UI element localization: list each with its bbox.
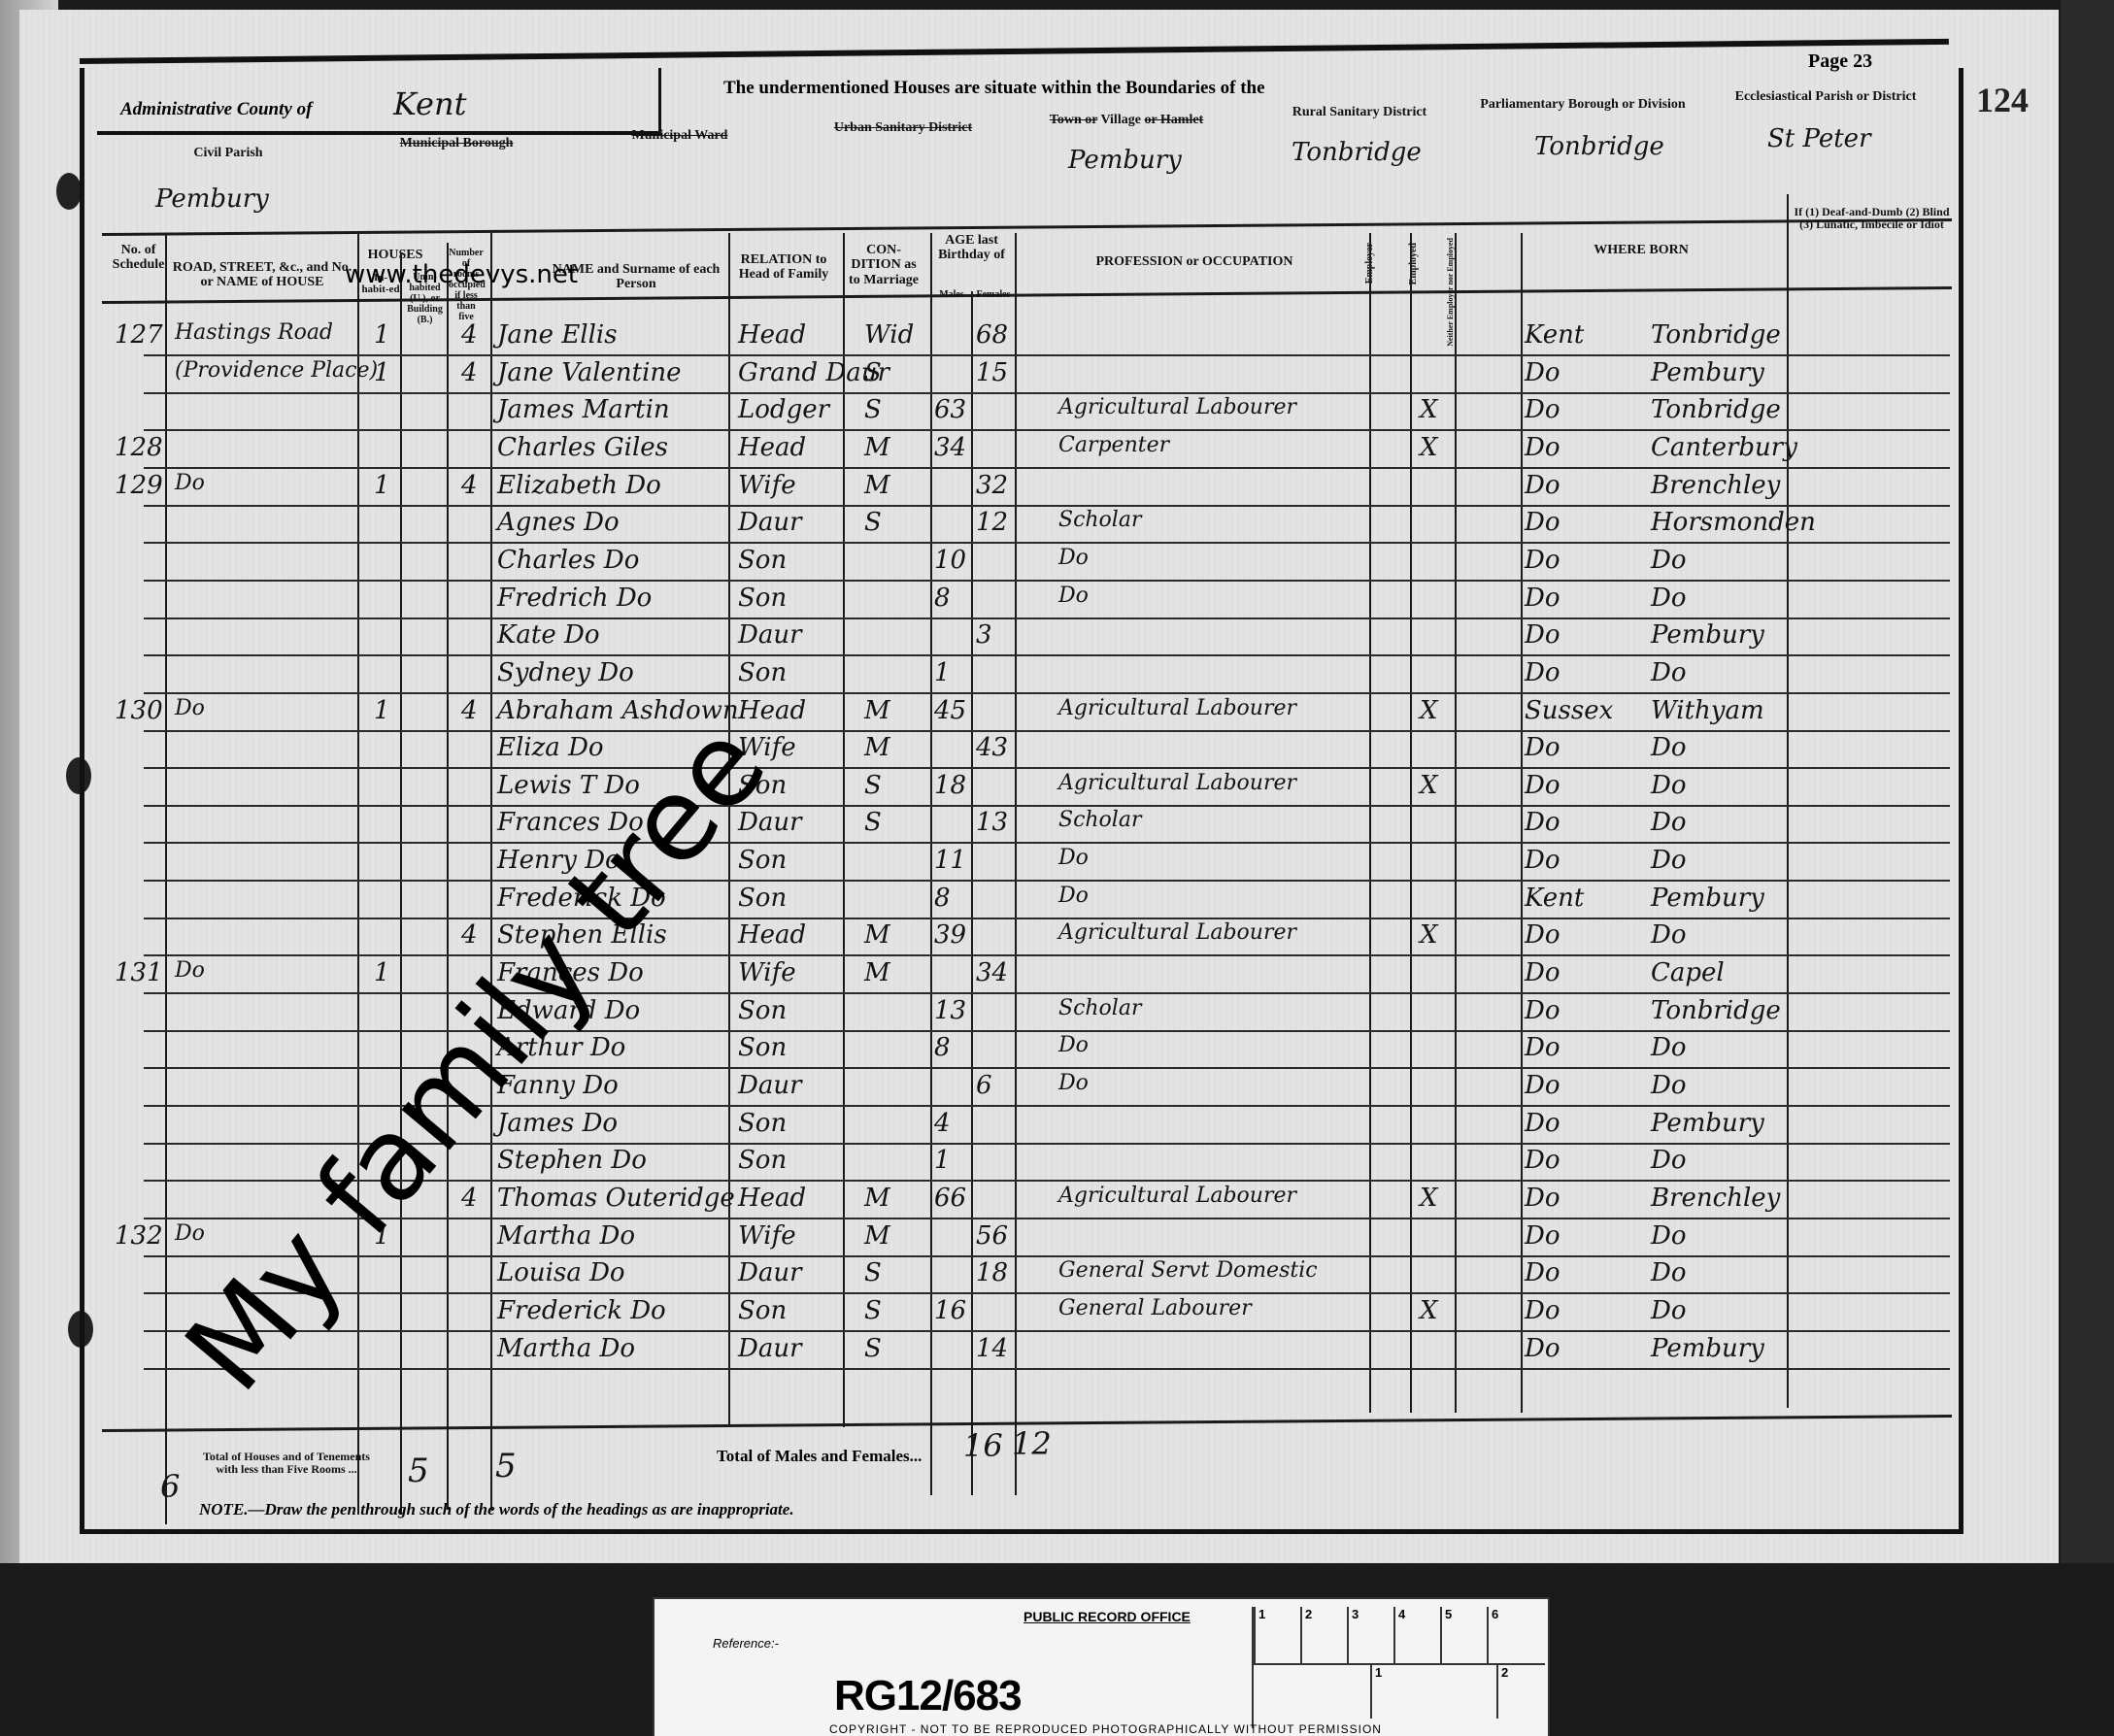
divider	[843, 233, 845, 1427]
scan-right-margin	[2061, 0, 2114, 1563]
cell-age-male: 11	[934, 846, 966, 875]
scale-tick-lower: 2	[1496, 1665, 1508, 1719]
scale-tick: 4	[1393, 1607, 1405, 1663]
field-value-rural-sanitary: Tonbridge	[1292, 138, 1422, 167]
field-value-parliamentary: Tonbridge	[1534, 132, 1664, 161]
cell-age-female: 56	[976, 1221, 1008, 1251]
scale-tick: 5	[1440, 1607, 1452, 1663]
cell-inhabited: 1	[374, 320, 390, 350]
cell-road: Do	[175, 958, 205, 983]
cell-age-male: 8	[934, 1033, 951, 1062]
cell-age-male: 16	[934, 1296, 966, 1325]
cell-relation: Son	[738, 658, 787, 687]
cell-born-place: Pembury	[1651, 1334, 1764, 1363]
cell-born-place: Capel	[1651, 958, 1725, 987]
cell-born-county: Do	[1525, 1109, 1560, 1138]
cell-born-place: Do	[1651, 1296, 1687, 1325]
cell-name: Martha Do	[497, 1221, 635, 1251]
cell-age-male: 8	[934, 884, 951, 913]
cell-born-place: Do	[1651, 733, 1687, 762]
cell-age-female: 12	[976, 508, 1008, 537]
cell-name: Agnes Do	[497, 508, 620, 537]
cell-schedule: 129	[115, 471, 163, 500]
cell-born-place: Pembury	[1651, 884, 1764, 913]
cell-schedule: 130	[115, 696, 163, 725]
cell-employed: X	[1420, 771, 1438, 800]
cell-born-county: Do	[1525, 395, 1560, 424]
cell-rooms: 4	[461, 358, 478, 387]
scale-tick: 6	[1487, 1607, 1498, 1663]
cell-name: Kate Do	[497, 620, 600, 650]
row-rule	[144, 429, 1950, 431]
divider	[1369, 233, 1371, 1413]
cell-born-county: Do	[1525, 471, 1560, 500]
cell-condition: S	[864, 1334, 882, 1363]
divider	[1410, 233, 1412, 1413]
col-condition-heading: CON-DITION as to Marriage	[845, 243, 923, 287]
cell-road: Hastings Road	[175, 320, 333, 345]
field-label-ecclesiastical: Ecclesiastical Parish or District	[1719, 89, 1932, 104]
field-label-civil-parish: Civil Parish	[146, 146, 311, 160]
cell-condition: M	[864, 1221, 890, 1251]
cell-relation: Son	[738, 1033, 787, 1062]
cell-age-male: 1	[934, 1146, 951, 1175]
scale-tick-lower: 1	[1370, 1665, 1382, 1719]
row-rule	[144, 692, 1950, 694]
cell-born-county: Do	[1525, 1146, 1560, 1175]
cell-occupation: Agricultural Labourer	[1058, 395, 1296, 419]
cell-relation: Wife	[738, 958, 796, 987]
cell-relation: Son	[738, 584, 787, 613]
cell-born-place: Tonbridge	[1651, 395, 1781, 424]
row-rule	[144, 992, 1950, 994]
cell-occupation: Scholar	[1058, 508, 1141, 532]
record-office-title: PUBLIC RECORD OFFICE	[1023, 1609, 1191, 1624]
cell-age-male: 45	[934, 696, 966, 725]
cell-occupation: General Servt Domestic	[1058, 1258, 1318, 1283]
cell-born-place: Do	[1651, 846, 1687, 875]
record-office-card: PUBLIC RECORD OFFICE Reference:- RG12/68…	[653, 1597, 1550, 1736]
cell-occupation: Do	[1058, 884, 1089, 908]
col-schedule-heading: No. of Schedule	[112, 243, 165, 273]
cell-relation: Son	[738, 846, 787, 875]
row-rule	[144, 1292, 1950, 1294]
cell-relation: Son	[738, 996, 787, 1025]
cell-road: (Providence Place)	[175, 358, 378, 383]
cell-born-county: Do	[1525, 1334, 1560, 1363]
divider	[1015, 233, 1017, 1495]
cell-occupation: Agricultural Labourer	[1058, 1184, 1296, 1208]
intro-text: The undermentioned Houses are situate wi…	[723, 78, 1265, 99]
cell-born-county: Do	[1525, 1033, 1560, 1062]
cell-born-county: Do	[1525, 584, 1560, 613]
binder-hole	[56, 173, 82, 210]
row-rule	[144, 880, 1950, 882]
cell-born-place: Tonbridge	[1651, 320, 1781, 350]
cell-relation: Head	[738, 320, 806, 350]
cell-name: Sydney Do	[497, 658, 634, 687]
sheet-number: 124	[1976, 80, 2029, 120]
cell-inhabited: 1	[374, 696, 390, 725]
cell-born-county: Do	[1525, 1296, 1560, 1325]
cell-condition: M	[864, 733, 890, 762]
col-neither-heading: Neither Employer nor Employed	[1447, 238, 1481, 347]
row-rule	[144, 467, 1950, 469]
cell-occupation: Agricultural Labourer	[1058, 920, 1296, 945]
total-schedules: 6	[160, 1468, 180, 1505]
county-box-edge	[658, 68, 661, 136]
row-rule	[144, 954, 1950, 956]
cell-born-place: Do	[1651, 1033, 1687, 1062]
field-value-town: Pembury	[1068, 146, 1182, 175]
cell-born-place: Do	[1651, 1071, 1687, 1100]
cell-born-county: Do	[1525, 358, 1560, 387]
divider	[400, 252, 402, 1515]
field-label-municipal-borough: Municipal Borough	[359, 136, 554, 150]
scale-tick: 3	[1347, 1607, 1359, 1663]
scale-tick: 1	[1254, 1607, 1265, 1663]
cell-name: Frederick Do	[497, 1296, 666, 1325]
cell-occupation: Do	[1058, 546, 1089, 570]
cell-condition: M	[864, 433, 890, 462]
cell-born-place: Horsmonden	[1651, 508, 1816, 537]
field-label-town: Town or Village or Hamlet	[1029, 113, 1224, 127]
cell-born-place: Do	[1651, 808, 1687, 837]
cell-name: Charles Giles	[497, 433, 668, 462]
cell-road: Do	[175, 696, 205, 720]
cell-condition: S	[864, 1296, 882, 1325]
cell-age-male: 39	[934, 920, 966, 950]
cell-relation: Daur	[738, 1334, 802, 1363]
cell-born-place: Tonbridge	[1651, 996, 1781, 1025]
row-rule	[144, 542, 1950, 544]
cell-inhabited: 1	[374, 358, 390, 387]
total-persons-label: Total of Males and Females...	[717, 1447, 922, 1466]
cell-employed: X	[1420, 1296, 1438, 1325]
cell-born-place: Brenchley	[1651, 471, 1780, 500]
divider	[1455, 233, 1457, 1413]
row-rule	[144, 1368, 1950, 1370]
cell-age-female: 3	[976, 620, 992, 650]
cell-name: Stephen Do	[497, 1146, 647, 1175]
cell-relation: Son	[738, 1146, 787, 1175]
measurement-scale: 1 2 3 4 5 6 1 2	[1252, 1607, 1545, 1728]
cell-born-county: Do	[1525, 846, 1560, 875]
row-rule	[144, 505, 1950, 507]
field-label-municipal-ward: Municipal Ward	[583, 128, 777, 143]
cell-rooms: 4	[461, 471, 478, 500]
cell-age-male: 63	[934, 395, 966, 424]
cell-name: James Martin	[497, 395, 670, 424]
divider	[357, 233, 359, 1515]
cell-name: Jane Ellis	[497, 320, 618, 350]
cell-age-female: 15	[976, 358, 1008, 387]
cell-schedule: 127	[115, 320, 163, 350]
cell-condition: M	[864, 471, 890, 500]
cell-born-place: Withyam	[1651, 696, 1764, 725]
divider	[1787, 194, 1789, 1408]
cell-born-county: Do	[1525, 771, 1560, 800]
cell-name: Charles Do	[497, 546, 639, 575]
total-tenements: 5	[495, 1447, 517, 1486]
cell-age-female: 34	[976, 958, 1008, 987]
cell-condition: S	[864, 508, 882, 537]
cell-born-place: Do	[1651, 1221, 1687, 1251]
col-infirmity-heading: If (1) Deaf-and-Dumb (2) Blind (3) Lunat…	[1792, 206, 1952, 231]
cell-born-county: Do	[1525, 958, 1560, 987]
admin-county-label: Administrative County of	[120, 99, 312, 120]
cell-relation: Son	[738, 1296, 787, 1325]
cell-born-place: Brenchley	[1651, 1184, 1780, 1213]
cell-rooms: 4	[461, 320, 478, 350]
row-rule	[144, 730, 1950, 732]
url-watermark: www.thedevys.net	[345, 260, 578, 289]
cell-condition: Wid	[864, 320, 914, 350]
cell-born-place: Canterbury	[1651, 433, 1797, 462]
cell-relation: Son	[738, 1109, 787, 1138]
copyright-notice: COPYRIGHT - NOT TO BE REPRODUCED PHOTOGR…	[829, 1722, 1382, 1736]
field-label-parliamentary: Parliamentary Borough or Division	[1476, 97, 1690, 112]
cell-age-male: 66	[934, 1184, 966, 1213]
row-rule	[144, 842, 1950, 844]
cell-age-female: 13	[976, 808, 1008, 837]
cell-condition: S	[864, 771, 882, 800]
cell-employed: X	[1420, 920, 1438, 950]
cell-age-female: 6	[976, 1071, 992, 1100]
cell-condition: M	[864, 920, 890, 950]
cell-inhabited: 1	[374, 471, 390, 500]
cell-occupation: Agricultural Labourer	[1058, 771, 1296, 795]
cell-relation: Daur	[738, 620, 802, 650]
cell-age-female: 68	[976, 320, 1008, 350]
cell-schedule: 132	[115, 1221, 163, 1251]
cell-condition: M	[864, 696, 890, 725]
cell-born-place: Do	[1651, 920, 1687, 950]
cell-occupation: Do	[1058, 584, 1089, 608]
cell-born-place: Do	[1651, 584, 1687, 613]
cell-rooms: 4	[461, 1184, 478, 1213]
cell-occupation: Do	[1058, 846, 1089, 870]
cell-born-county: Do	[1525, 996, 1560, 1025]
cell-occupation: General Labourer	[1058, 1296, 1252, 1320]
cell-condition: S	[864, 395, 882, 424]
cell-age-male: 34	[934, 433, 966, 462]
cell-relation: Daur	[738, 1071, 802, 1100]
cell-born-place: Do	[1651, 1146, 1687, 1175]
cell-condition: M	[864, 958, 890, 987]
cell-road: Do	[175, 1221, 205, 1246]
cell-born-place: Do	[1651, 771, 1687, 800]
cell-employed: X	[1420, 395, 1438, 424]
cell-name: Louisa Do	[497, 1258, 625, 1287]
col-females-heading: Females	[974, 289, 1013, 300]
col-males-heading: Males	[932, 289, 971, 300]
cell-age-female: 14	[976, 1334, 1008, 1363]
row-rule	[144, 392, 1950, 394]
row-rule	[144, 805, 1950, 807]
total-females: 12	[1012, 1425, 1052, 1462]
total-males: 16	[963, 1427, 1003, 1464]
cell-road: Do	[175, 471, 205, 495]
cell-employed: X	[1420, 433, 1438, 462]
cell-employed: X	[1420, 696, 1438, 725]
cell-occupation: Carpenter	[1058, 433, 1169, 457]
cell-name: Eliza Do	[497, 733, 604, 762]
cell-born-county: Do	[1525, 508, 1560, 537]
cell-age-male: 1	[934, 658, 951, 687]
row-rule	[144, 580, 1950, 582]
cell-born-county: Do	[1525, 1071, 1560, 1100]
cell-age-female: 32	[976, 471, 1008, 500]
cell-relation: Lodger	[738, 395, 829, 424]
cell-born-county: Kent	[1525, 320, 1584, 350]
cell-age-female: 18	[976, 1258, 1008, 1287]
divider	[490, 233, 492, 1510]
cell-born-place: Do	[1651, 1258, 1687, 1287]
cell-schedule: 131	[115, 958, 163, 987]
cell-born-county: Do	[1525, 1184, 1560, 1213]
cell-employed: X	[1420, 1184, 1438, 1213]
cell-condition: M	[864, 1184, 890, 1213]
scale-tick: 2	[1300, 1607, 1312, 1663]
row-rule	[144, 918, 1950, 919]
cell-relation: Daur	[738, 508, 802, 537]
cell-condition: S	[864, 1258, 882, 1287]
footnote: NOTE.—Draw the pen through such of the w…	[199, 1500, 794, 1519]
cell-age-male: 18	[934, 771, 966, 800]
cell-relation: Head	[738, 1184, 806, 1213]
cell-age-male: 10	[934, 546, 966, 575]
col-relation-heading: RELATION to Head of Family	[730, 252, 837, 283]
total-houses-label: Total of Houses and of Tenements with le…	[194, 1451, 379, 1476]
cell-name: Fredrich Do	[497, 584, 652, 613]
col-age-heading: AGE last Birthday of	[930, 233, 1013, 263]
cell-born-county: Do	[1525, 546, 1560, 575]
cell-condition: S	[864, 808, 882, 837]
cell-relation: Wife	[738, 1221, 796, 1251]
cell-age-male: 4	[934, 1109, 951, 1138]
cell-born-county: Do	[1525, 920, 1560, 950]
cell-born-county: Kent	[1525, 884, 1584, 913]
divider	[1521, 233, 1523, 1413]
cell-born-place: Pembury	[1651, 358, 1764, 387]
row-rule	[144, 654, 1950, 656]
field-value-ecclesiastical: St Peter	[1767, 124, 1871, 153]
divider	[447, 243, 449, 1510]
field-label-rural-sanitary: Rural Sanitary District	[1262, 105, 1457, 119]
cell-born-place: Do	[1651, 546, 1687, 575]
cell-born-county: Do	[1525, 808, 1560, 837]
cell-relation: Son	[738, 884, 787, 913]
cell-born-county: Do	[1525, 733, 1560, 762]
reference-label: Reference:-	[713, 1636, 779, 1651]
row-rule	[144, 354, 1950, 356]
cell-name: Elizabeth Do	[497, 471, 661, 500]
field-label-urban-sanitary: Urban Sanitary District	[806, 120, 1000, 135]
county-underline	[97, 131, 660, 135]
cell-born-county: Do	[1525, 658, 1560, 687]
cell-name: Martha Do	[497, 1334, 635, 1363]
cell-relation: Head	[738, 696, 806, 725]
cell-occupation: Scholar	[1058, 808, 1141, 832]
cell-born-county: Do	[1525, 1258, 1560, 1287]
cell-born-place: Pembury	[1651, 620, 1764, 650]
row-rule	[144, 618, 1950, 619]
cell-inhabited: 1	[374, 958, 390, 987]
reference-number: RG12/683	[834, 1672, 1022, 1720]
row-rule	[144, 1330, 1950, 1332]
cell-age-male: 13	[934, 996, 966, 1025]
cell-occupation: Agricultural Labourer	[1058, 696, 1296, 720]
cell-age-male: 8	[934, 584, 951, 613]
page-label: Page 23	[1808, 50, 1872, 73]
divider	[971, 291, 973, 1495]
cell-born-county: Do	[1525, 620, 1560, 650]
row-rule	[144, 1255, 1950, 1257]
cell-relation: Head	[738, 433, 806, 462]
cell-relation: Head	[738, 920, 806, 950]
cell-born-county: Do	[1525, 1221, 1560, 1251]
cell-occupation: Do	[1058, 1071, 1089, 1095]
cell-occupation: Do	[1058, 1033, 1089, 1057]
admin-county-value: Kent	[393, 85, 466, 122]
row-rule	[144, 767, 1950, 769]
cell-name: Jane Valentine	[497, 358, 682, 387]
cell-relation: Wife	[738, 471, 796, 500]
cell-rooms: 4	[461, 920, 478, 950]
cell-born-place: Do	[1651, 658, 1687, 687]
cell-relation: Daur	[738, 1258, 802, 1287]
cell-name: Thomas Outeridge	[497, 1184, 735, 1213]
total-houses-inhabited: 5	[408, 1452, 429, 1490]
cell-relation: Son	[738, 546, 787, 575]
cell-born-county: Sussex	[1525, 696, 1613, 725]
field-value-civil-parish: Pembury	[155, 184, 269, 214]
cell-schedule: 128	[115, 433, 163, 462]
cell-age-female: 43	[976, 733, 1008, 762]
col-employed-heading: Employed	[1408, 243, 1442, 284]
col-where-born-heading: WHERE BORN	[1534, 243, 1748, 257]
col-occupation-heading: PROFESSION or OCCUPATION	[1068, 254, 1321, 269]
cell-occupation: Scholar	[1058, 996, 1141, 1020]
cell-condition: S	[864, 358, 882, 387]
divider	[930, 233, 932, 1495]
cell-rooms: 4	[461, 696, 478, 725]
cell-born-county: Do	[1525, 433, 1560, 462]
cell-born-place: Pembury	[1651, 1109, 1764, 1138]
col-road-heading: ROAD, STREET, &c., and No. or NAME of HO…	[170, 260, 354, 290]
